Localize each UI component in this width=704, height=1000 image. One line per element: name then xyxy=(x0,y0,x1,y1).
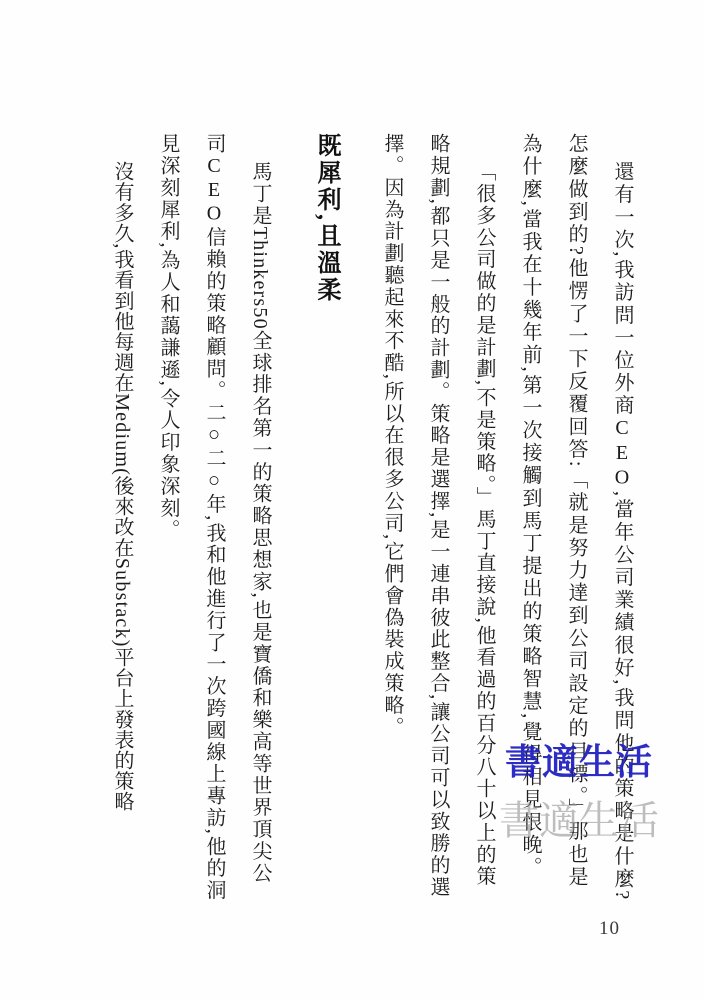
cjk-text: (後來改在 xyxy=(111,468,133,558)
cjk-text: )平台上發表的策略 xyxy=(111,640,133,812)
latin-text: Thinkers50 xyxy=(249,227,271,330)
cjk-text: 還有一次,我訪問一位外商 xyxy=(611,161,633,417)
paragraph: 還有一次,我訪問一位外商CEO,當年公司業績很好,我問他的策略是什麼?怎麼做到的… xyxy=(507,133,645,905)
latin-text: CEO xyxy=(611,417,633,491)
section-heading: 既犀利,且溫柔 xyxy=(303,133,349,905)
cjk-text: 馬丁是 xyxy=(249,161,271,227)
latin-text: Substack xyxy=(111,558,133,640)
text-flow: 還有一次,我訪問一位外商CEO,當年公司業績很好,我問他的策略是什麼?怎麼做到的… xyxy=(99,133,645,905)
cjk-text: 既犀利,且溫柔 xyxy=(313,133,339,304)
paragraph: 沒有多久,我看到他每週在Medium(後來改在Substack)平台上發表的策略 xyxy=(99,133,145,905)
latin-text: CEO xyxy=(203,155,225,227)
cjk-text: 信賴的策略顧問。二○二○年,我和他進行了一次跨國線上專訪,他的洞見深刻犀利,為人… xyxy=(157,133,225,901)
page-number: 10 xyxy=(599,918,620,940)
paragraph: 「很多公司做的是計劃,不是策略。」馬丁直接說,他看過的百分八十以上的策略規劃,都… xyxy=(369,133,507,905)
book-page: 還有一次,我訪問一位外商CEO,當年公司業績很好,我問他的策略是什麼?怎麼做到的… xyxy=(0,0,704,1000)
cjk-text: 沒有多久,我看到他每週在 xyxy=(111,161,133,393)
cjk-text: 「很多公司做的是計劃,不是策略。」馬丁直接說,他看過的百分八十以上的策略規劃,都… xyxy=(381,133,495,898)
latin-text: Medium xyxy=(111,393,133,468)
paragraph: 馬丁是Thinkers50全球排名第一的策略思想家,也是寶僑和樂高等世界頂尖公司… xyxy=(145,133,283,905)
